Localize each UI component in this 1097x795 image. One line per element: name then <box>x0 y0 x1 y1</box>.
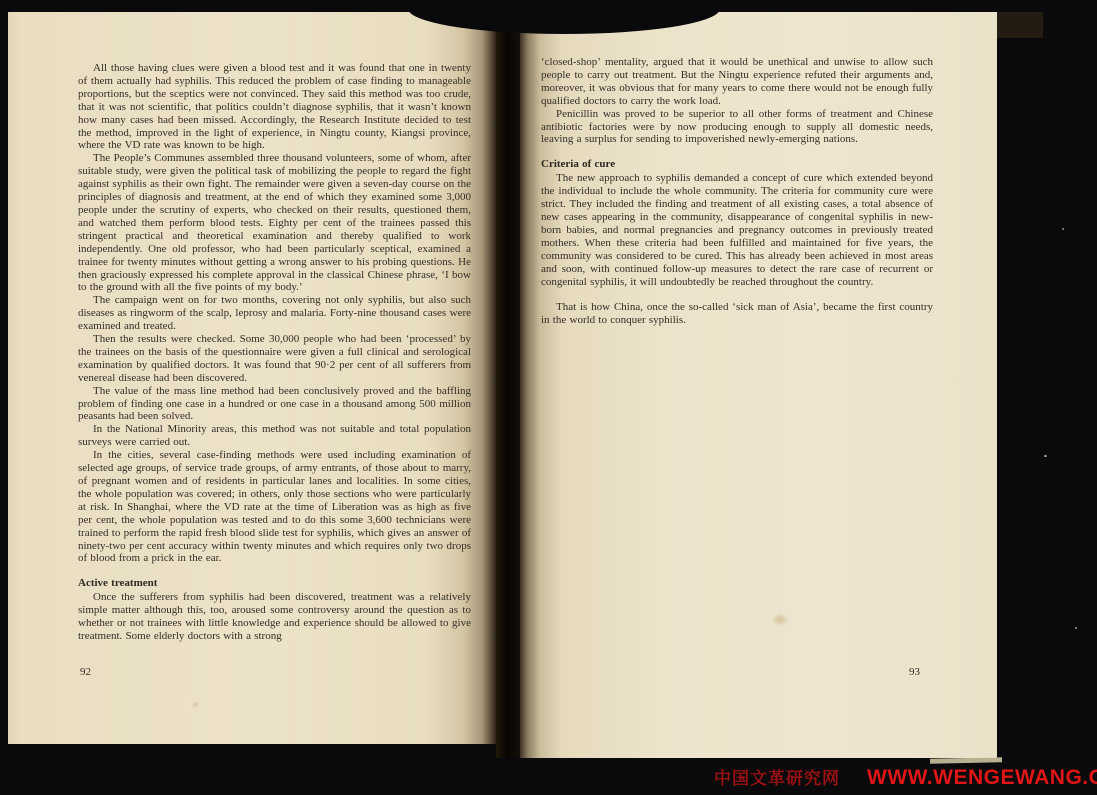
paragraph: The People’s Communes assembled three th… <box>78 152 471 294</box>
paragraph: In the cities, several case-finding meth… <box>78 449 471 565</box>
paragraph: That is how China, once the so-called ‘s… <box>541 301 933 327</box>
under-page-edge <box>930 757 1002 764</box>
dust-speck <box>1075 627 1077 629</box>
watermark: 中国文革研究网 WWW.WENGEWANG.ORG <box>714 764 1097 790</box>
paragraph: Penicillin was proved to be superior to … <box>541 108 933 147</box>
dust-speck <box>1062 228 1064 230</box>
paragraph: Then the results were checked. Some 30,0… <box>78 333 471 385</box>
dust-speck <box>1044 455 1047 457</box>
left-page-text-column: All those having clues were given a bloo… <box>78 62 471 643</box>
section-heading-active-treatment: Active treatment <box>78 577 471 590</box>
paragraph: In the National Minority areas, this met… <box>78 423 471 449</box>
paper-smudge <box>772 613 788 626</box>
paragraph: ‘closed-shop’ mentality, argued that it … <box>541 56 933 108</box>
watermark-site-name-chinese: 中国文革研究网 <box>714 764 840 789</box>
page-number-left: 92 <box>80 666 91 678</box>
paragraph: The campaign went on for two months, cov… <box>78 294 471 333</box>
right-page-text-column: ‘closed-shop’ mentality, argued that it … <box>541 56 933 327</box>
paragraph: All those having clues were given a bloo… <box>78 62 471 152</box>
watermark-site-url: WWW.WENGEWANG.ORG <box>867 766 1097 790</box>
paragraph: The value of the mass line method had be… <box>78 385 471 424</box>
paper-smudge <box>192 702 199 707</box>
scanned-book-spread: All those having clues were given a bloo… <box>0 0 1097 795</box>
page-number-right: 93 <box>909 666 920 678</box>
book-cover-edge <box>997 12 1043 38</box>
book-spine-gutter <box>496 12 520 758</box>
section-heading-criteria-of-cure: Criteria of cure <box>541 158 933 171</box>
paragraph: Once the sufferers from syphilis had bee… <box>78 591 471 643</box>
paragraph: The new approach to syphilis demanded a … <box>541 172 933 288</box>
